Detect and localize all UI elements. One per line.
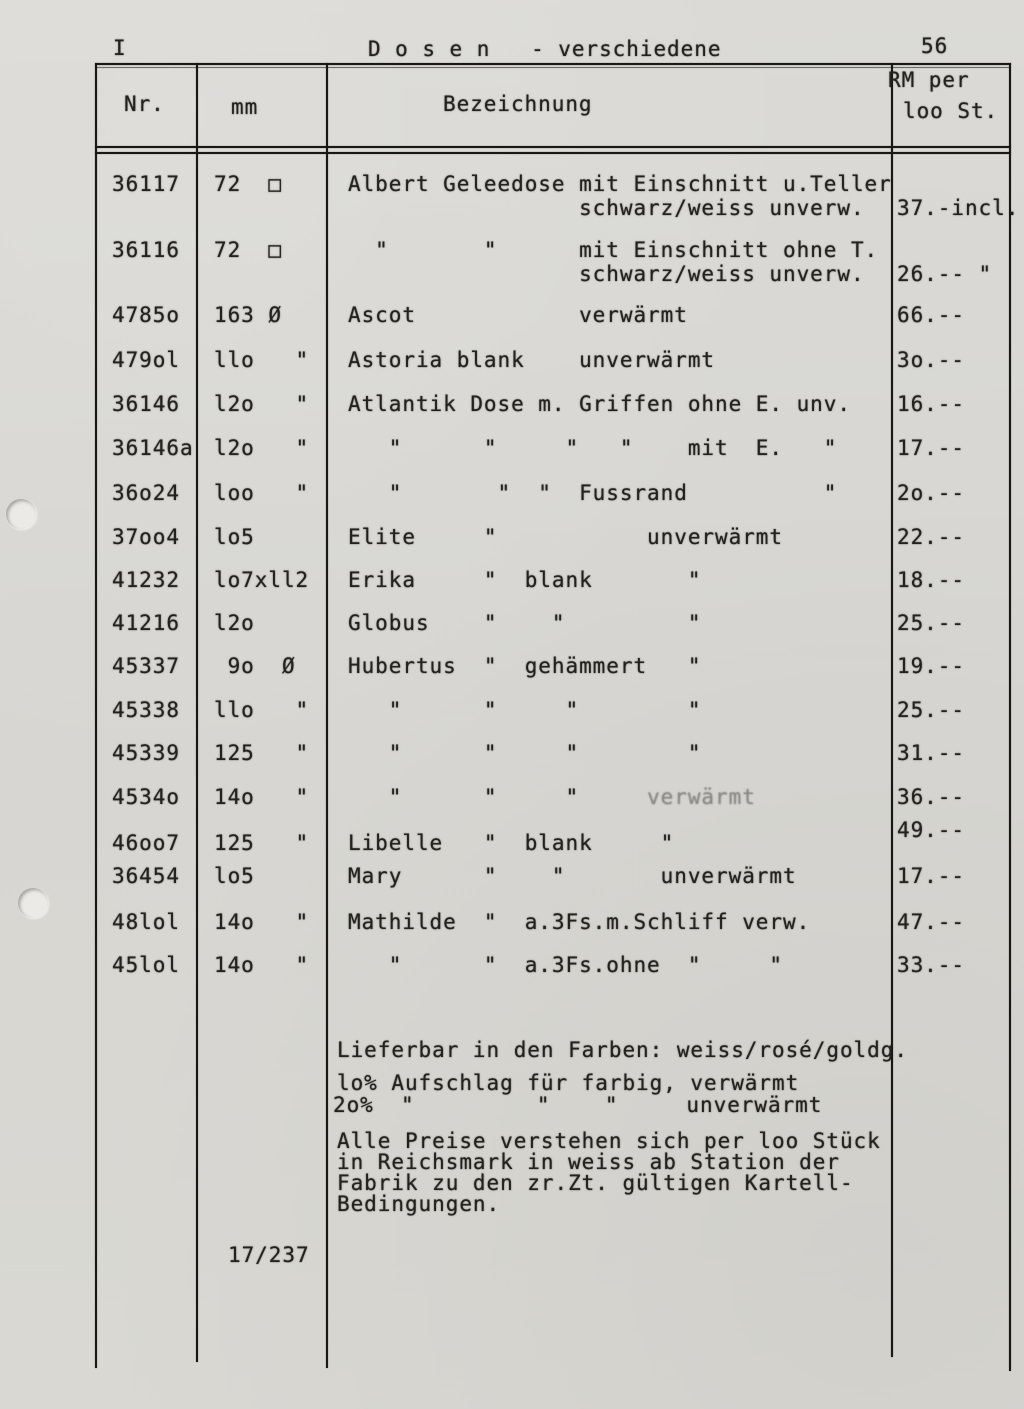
row-size-mm: lo5 xyxy=(214,864,255,888)
row-price: 36.-- xyxy=(897,785,965,809)
row-article-number: 4534o xyxy=(112,785,180,809)
note-surcharge-line2: 2o% " " " unverwärmt xyxy=(333,1093,822,1117)
column-header-bezeichnung: Bezeichnung xyxy=(443,92,593,116)
row-size-mm: l2o " xyxy=(214,392,309,416)
row-article-number: 4785o xyxy=(112,303,180,327)
row-description-faint-part: verwärmt xyxy=(647,785,756,809)
row-article-number: 41216 xyxy=(112,611,180,635)
header-separator-line xyxy=(95,146,1011,148)
row-description: Atlantik Dose m. Griffen ohne E. unv. xyxy=(348,392,851,416)
column-header-price-line2: loo St. xyxy=(903,99,998,123)
row-price: 16.-- xyxy=(897,392,965,416)
row-size-mm: loo " xyxy=(214,481,309,505)
row-article-number: 45338 xyxy=(112,698,180,722)
row-size-mm: 125 " xyxy=(214,831,309,855)
row-description: " " mit Einschnitt ohne T. schwarz/weiss… xyxy=(348,238,878,286)
row-article-number: 45339 xyxy=(112,741,180,765)
row-description: " " a.3Fs.ohne " " xyxy=(348,953,783,977)
row-price: 25.-- xyxy=(897,698,965,722)
row-price: 19.-- xyxy=(897,654,965,678)
table-border-right xyxy=(1009,63,1011,1371)
row-article-number: 36116 xyxy=(112,238,180,262)
row-description: Mary " " unverwärmt xyxy=(348,864,797,888)
row-price: 2o.-- xyxy=(897,481,965,505)
row-article-number: 36454 xyxy=(112,864,180,888)
row-price: 33.-- xyxy=(897,953,965,977)
note-colors-line: Lieferbar in den Farben: weiss/rosé/gold… xyxy=(337,1038,908,1062)
row-description: Erika " blank " xyxy=(348,568,701,592)
table-border-left xyxy=(95,63,97,1368)
row-size-mm: l2o xyxy=(214,611,255,635)
row-description: " " " " mit E. " xyxy=(348,436,837,460)
row-size-mm: 72 □ xyxy=(214,172,282,196)
row-price: 26.-- " xyxy=(897,262,992,286)
margin-label: I xyxy=(113,36,127,60)
row-price: 31.-- xyxy=(897,741,965,765)
row-size-mm: lo7xll2 xyxy=(214,568,309,592)
footer-code: 17/237 xyxy=(228,1243,310,1267)
table-border-top-shadow xyxy=(95,67,1011,68)
punch-hole-top xyxy=(6,499,36,529)
row-size-mm: llo " xyxy=(214,348,309,372)
row-price: 47.-- xyxy=(897,910,965,934)
row-description: Elite " unverwärmt xyxy=(348,525,783,549)
row-size-mm: 14o " xyxy=(214,953,309,977)
row-article-number: 37oo4 xyxy=(112,525,180,549)
row-description: Globus " " " xyxy=(348,611,701,635)
row-description: " " " " xyxy=(348,698,701,722)
row-description: Mathilde " a.3Fs.m.Schliff verw. xyxy=(348,910,810,934)
row-size-mm: lo5 xyxy=(214,525,255,549)
row-price: 25.-- xyxy=(897,611,965,635)
row-article-number: 46oo7 xyxy=(112,831,180,855)
row-description: Albert Geleedose mit Einschnitt u.Teller… xyxy=(348,172,892,220)
header-separator-line-2 xyxy=(95,152,1011,154)
row-size-mm: 125 " xyxy=(214,741,309,765)
row-article-number: 36o24 xyxy=(112,481,180,505)
row-price: 3o.-- xyxy=(897,348,965,372)
row-description: Ascot verwärmt xyxy=(348,303,688,327)
row-price: 49.-- xyxy=(897,818,965,842)
punch-hole-bottom xyxy=(18,888,48,918)
page-number: 56 xyxy=(921,34,948,58)
row-article-number: 36146 xyxy=(112,392,180,416)
column-header-mm: mm xyxy=(231,95,258,119)
row-article-number: 36117 xyxy=(112,172,180,196)
row-price: 22.-- xyxy=(897,525,965,549)
row-description: " " " Fussrand " xyxy=(348,481,837,505)
row-size-mm: llo " xyxy=(214,698,309,722)
row-price: 18.-- xyxy=(897,568,965,592)
row-price: 66.-- xyxy=(897,303,965,327)
row-article-number: 45lol xyxy=(112,953,180,977)
row-price: 17.-- xyxy=(897,864,965,888)
row-size-mm: 14o " xyxy=(214,910,309,934)
row-article-number: 45337 xyxy=(112,654,180,678)
row-article-number: 36146a xyxy=(112,436,194,460)
scanned-price-list-page: I D o s e n - verschiedene 56 Nr. mm Bez… xyxy=(0,0,1024,1409)
row-price: 37.-incl. xyxy=(897,196,1019,220)
row-size-mm: l2o " xyxy=(214,436,309,460)
row-size-mm: 163 Ø xyxy=(214,303,282,327)
page-title: D o s e n - verschiedene xyxy=(368,37,721,61)
note-surcharge-line1: lo% Aufschlag für farbig, verwärmt xyxy=(337,1071,799,1095)
row-article-number: 41232 xyxy=(112,568,180,592)
table-border-top xyxy=(95,63,1011,65)
column-divider-mm-bez xyxy=(326,63,328,1368)
column-divider-nr-mm xyxy=(196,63,198,1362)
column-divider-bez-price xyxy=(891,63,893,1357)
column-header-price-line1: RM per xyxy=(888,68,970,92)
row-description: Libelle " blank " xyxy=(348,831,674,855)
note-terms-paragraph: Alle Preise verstehen sich per loo Stück… xyxy=(337,1131,881,1215)
row-article-number: 48lol xyxy=(112,910,180,934)
column-header-nr: Nr. xyxy=(124,92,165,116)
row-description: Hubertus " gehämmert " xyxy=(348,654,701,678)
row-description: Astoria blank unverwärmt xyxy=(348,348,715,372)
row-price: 17.-- xyxy=(897,436,965,460)
row-size-mm: 72 □ xyxy=(214,238,282,262)
row-description: " " " " xyxy=(348,741,701,765)
row-article-number: 479ol xyxy=(112,348,180,372)
row-size-mm: 14o " xyxy=(214,785,309,809)
row-size-mm: 9o Ø xyxy=(214,654,296,678)
row-description: " " " verwärmt xyxy=(348,785,756,809)
